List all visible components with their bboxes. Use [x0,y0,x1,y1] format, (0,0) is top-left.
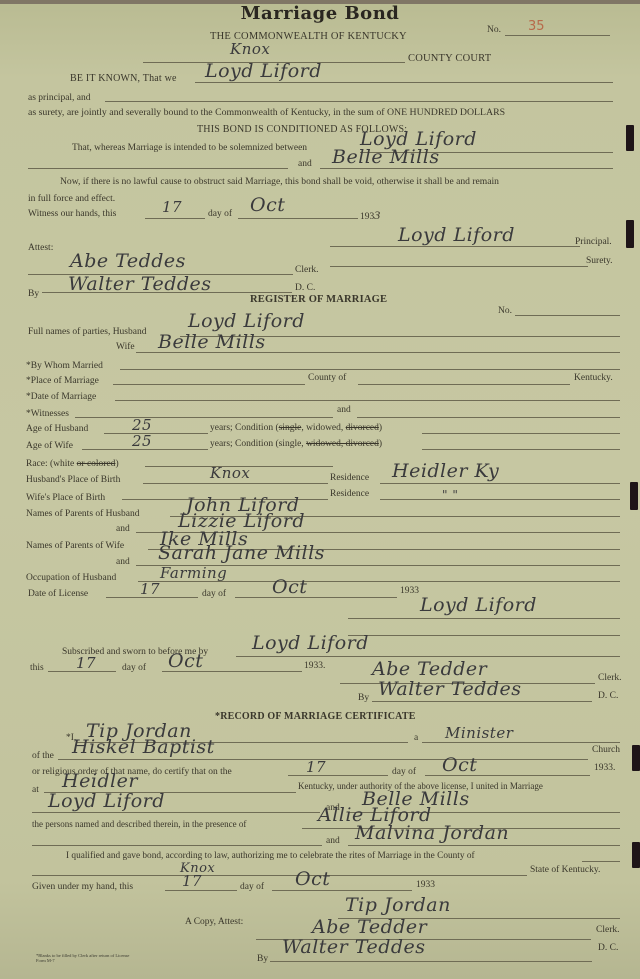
cert-clerk-label: Clerk. [596,926,619,936]
husband-birth: Knox [210,466,250,481]
cert-and-label-2: and [326,837,340,847]
as-principal-label: as principal, and [28,94,91,104]
binder-tab [626,220,634,248]
age-husband: 25 [132,418,152,433]
register-clerk-label: Clerk. [598,674,621,684]
place-label: *Place of Marriage [26,377,99,387]
husband-parents-and: and [116,525,130,535]
witness-day: 17 [162,200,182,215]
surety-text: as surety, are jointly and severally bou… [28,108,505,118]
date-marriage-label: *Date of Marriage [26,393,96,403]
by-whom-label: *By Whom Married [26,362,103,372]
now-text: Now, if there is no lawful cause to obst… [60,177,499,187]
race-label: Race: (white or colored) [26,460,119,470]
this-label: this [30,664,44,674]
license-label: Date of License [28,590,88,600]
dc-label: D. C. [295,284,315,294]
cert-day: 17 [306,760,326,775]
county-handwritten: Knox [230,42,270,57]
at-label: at [32,786,39,796]
husband-name: Loyd Liford [188,312,305,331]
county-court-label: COUNTY COURT [408,54,491,65]
sworn-name: Loyd Liford [252,634,369,653]
sworn-day: 17 [76,656,96,671]
a-label: a [414,734,418,744]
parents-husband-label: Names of Parents of Husband [26,510,139,520]
given-day-of: day of [240,883,264,893]
register-heading: REGISTER OF MARRIAGE [250,295,387,306]
cert-groom: Loyd Liford [48,792,165,811]
party2-name: Belle Mills [332,148,440,167]
county-of-label: County of [308,374,346,384]
full-names-label: Full names of parties, Husband [28,328,146,338]
attest-label: Attest: [28,244,53,254]
be-it-known-label: BE IT KNOWN, That we [70,74,177,84]
sworn-year: 1933. [304,662,325,672]
clerk-label: Clerk. [295,266,318,276]
cert-day-of: day of [392,768,416,778]
occupation-label: Occupation of Husband [26,574,116,584]
church-label: Church [592,746,620,756]
occupation: Farming [160,566,227,581]
state-label: State of Kentucky. [530,866,600,876]
age-wife-label: Age of Wife [26,442,73,452]
sworn-month: Oct [168,652,203,671]
condition-wife: years; Condition (single, widowed, divor… [210,440,382,450]
binder-tab [632,745,640,771]
wife-label: Wife [116,343,135,353]
given-year: 1933 [416,881,435,891]
license-day-of: day of [202,590,226,600]
age-wife: 25 [132,434,152,449]
full-force-text: in full force and effect. [28,195,115,205]
witnesses-and-label: and [337,406,351,416]
age-husband-label: Age of Husband [26,425,88,435]
persons-text: the persons named and described therein,… [32,820,246,829]
sworn-day-of: day of [122,664,146,674]
marriage-bond-document: Marriage Bond No. 35 THE COMMONWEALTH OF… [0,0,640,979]
officiant-title: Minister [445,726,513,741]
wife-parents-and: and [116,558,130,568]
register-by-label: By [358,694,369,704]
copy-attest-label: A Copy, Attest: [185,918,243,928]
binder-tab [626,125,634,151]
cert-by-label: By [257,955,268,965]
of-the-label: of the [32,752,54,762]
surety-label: Surety. [586,257,613,267]
witness-label: Witness our hands, this [28,210,116,220]
license-day: 17 [140,582,160,597]
cert-dc-label: D. C. [598,944,618,954]
cert-place: Heidler [62,772,138,791]
clerk-signature: Abe Teddes [70,252,186,271]
parents-wife-label: Names of Parents of Wife [26,542,124,552]
cert-witness2: Malvina Jordan [355,824,509,843]
given-month: Oct [295,870,330,889]
applicant-signature: Loyd Liford [420,596,537,615]
qualified-text: I qualified and gave bond, according to … [66,852,475,861]
register-clerk-signature: Abe Tedder [372,660,487,679]
cert-month: Oct [442,756,477,775]
whereas-text: That, whereas Marriage is intended to be… [72,144,307,154]
cert-year: 1933. [594,764,615,774]
residence-label: Residence [330,474,369,484]
principal-signature: Loyd Liford [398,226,515,245]
given-label: Given under my hand, this [32,883,133,893]
witness-month: Oct [250,196,285,215]
wife-name: Belle Mills [158,333,266,352]
register-dc-label: D. C. [598,692,618,702]
witnesses-label: *Witnesses [26,410,69,420]
husband-residence: Heidler Ky [392,462,499,481]
certificate-heading: *RECORD OF MARRIAGE CERTIFICATE [215,712,416,722]
cert-clerk-signature: Abe Tedder [312,918,427,937]
church-name: Hiskel Baptist [72,738,215,757]
given-day: 17 [182,874,202,889]
officiant-signature: Tip Jordan [345,896,451,915]
number-label: No. [487,26,501,36]
mother-wife: Sarah Jane Mills [158,544,325,563]
husband-birth-label: Husband's Place of Birth [26,476,120,486]
binder-tab [630,482,638,510]
kentucky-label: Kentucky. [574,374,613,384]
wife-residence-label: Residence [330,490,369,500]
license-month: Oct [272,578,307,597]
witness-year: 1933 [360,209,380,223]
register-dc-signature: Walter Teddes [378,680,522,699]
bond-number: 35 [528,20,545,33]
binder-tab [632,842,640,868]
footnote: *Blanks to be filled by Clerk after retu… [36,953,129,964]
and-label: and [298,160,312,170]
license-year: 1933 [400,587,419,597]
cert-dc-signature: Walter Teddes [282,938,426,957]
register-no-label: No. [498,307,512,317]
principal-label: Principal. [575,238,612,248]
day-of-label: day of [208,210,232,220]
by-label: By [28,290,39,300]
condition-husband: years; Condition (single, widowed, divor… [210,424,382,434]
principal-name: Loyd Liford [205,62,322,81]
wife-birth-label: Wife's Place of Birth [26,494,105,504]
